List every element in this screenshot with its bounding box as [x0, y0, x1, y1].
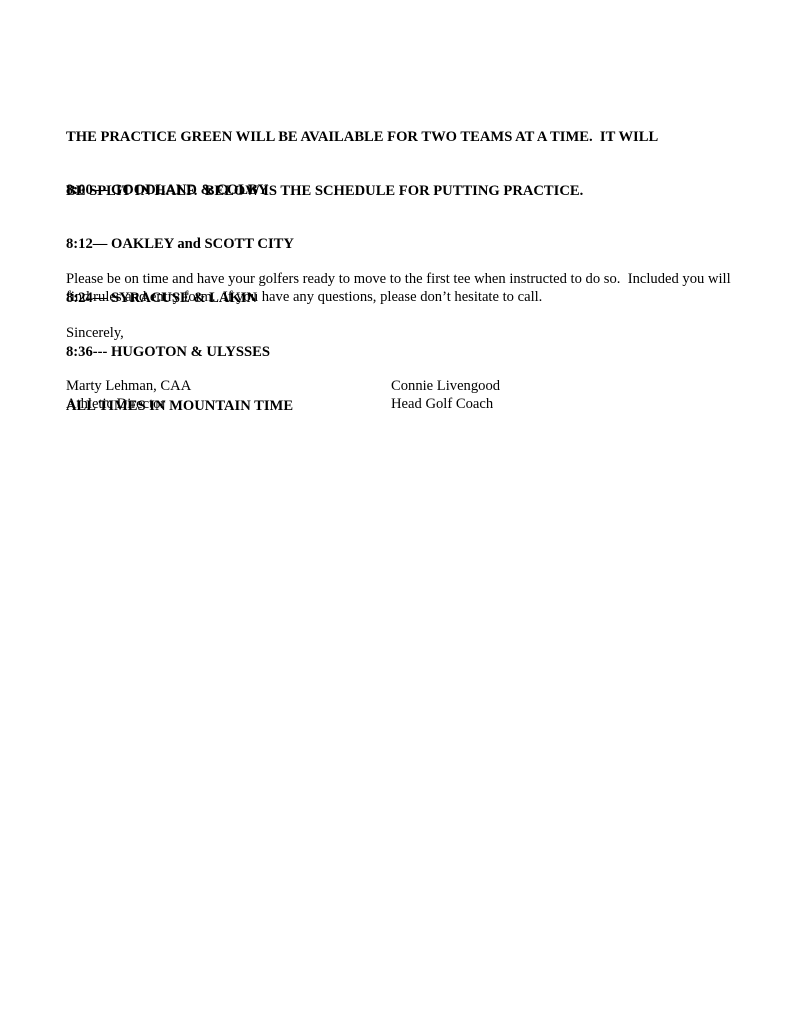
- schedule-separator: —: [93, 182, 111, 198]
- document-page: THE PRACTICE GREEN WILL BE AVAILABLE FOR…: [0, 0, 791, 1024]
- signatory-title: Athletic Director: [66, 395, 191, 413]
- schedule-item: 8:00— GOODLAND & COLBY: [66, 181, 294, 199]
- schedule-time: 8:12: [66, 236, 93, 252]
- schedule-time: 8:36: [66, 344, 93, 360]
- intro-line: THE PRACTICE GREEN WILL BE AVAILABLE FOR…: [66, 128, 658, 146]
- signatory-name: Connie Livengood: [391, 377, 500, 395]
- schedule-separator: —: [93, 236, 111, 252]
- signatory-name: Marty Lehman, CAA: [66, 377, 191, 395]
- schedule-time: 8:00: [66, 182, 93, 198]
- schedule-item: 8:12— OAKLEY and SCOTT CITY: [66, 235, 294, 253]
- schedule-teams: GOODLAND & COLBY: [111, 182, 268, 198]
- signature-block-athletic-director: Marty Lehman, CAA Athletic Director: [66, 377, 191, 413]
- schedule-teams: HUGOTON & ULYSSES: [111, 344, 270, 360]
- signatory-title: Head Golf Coach: [391, 395, 500, 413]
- signature-block-golf-coach: Connie Livengood Head Golf Coach: [391, 377, 500, 413]
- instructions-paragraph: Please be on time and have your golfers …: [66, 270, 781, 306]
- schedule-teams: OAKLEY and SCOTT CITY: [111, 236, 294, 252]
- paragraph-line: Please be on time and have your golfers …: [66, 270, 781, 288]
- schedule-item: 8:36--- HUGOTON & ULYSSES: [66, 343, 294, 361]
- paragraph-line: find rules and entry form. If you have a…: [66, 288, 781, 306]
- schedule-separator: ---: [93, 344, 111, 360]
- closing-salutation: Sincerely,: [66, 324, 124, 342]
